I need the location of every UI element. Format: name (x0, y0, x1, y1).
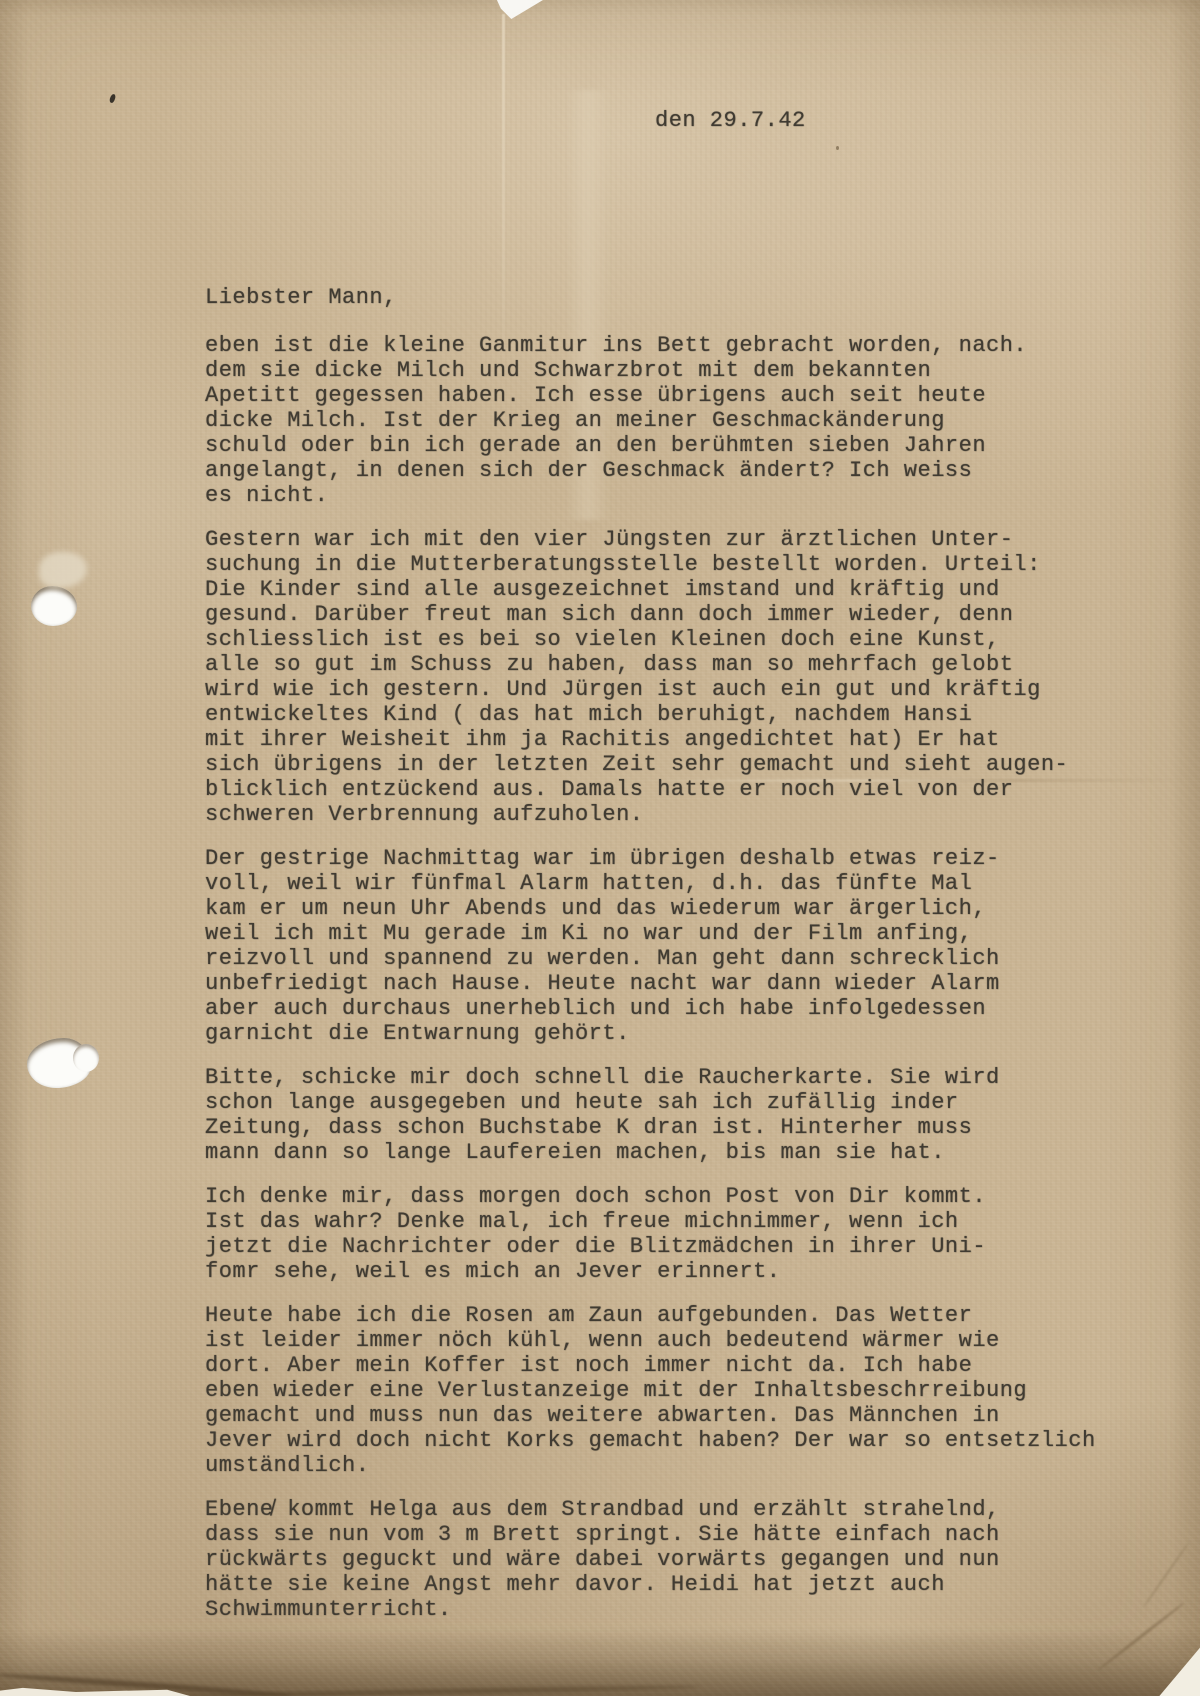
text-line: schliesslich ist es bei so vielen Kleine… (205, 627, 1150, 652)
paragraph: eben ist die kleine Ganmitur ins Bett ge… (205, 333, 1150, 508)
text-line: Ich denke mir, dass morgen doch schon Po… (205, 1184, 1150, 1209)
letter-content: den 29.7.42 Liebster Mann, eben ist die … (0, 0, 1200, 1696)
text-line: Gestern war ich mit den vier Jüngsten zu… (205, 527, 1150, 552)
text-line: angelangt, in denen sich der Geschmack ä… (205, 458, 1150, 483)
paragraph: Bitte, schicke mir doch schnell die Rauc… (205, 1065, 1150, 1165)
text-line: schweren Verbrennung aufzuholen. (205, 802, 1150, 827)
text-line: Heute habe ich die Rosen am Zaun aufgebu… (205, 1303, 1150, 1328)
text-line: gemacht und muss nun das weitere abwarte… (205, 1403, 1150, 1428)
text-line: suchung in die Mutterberatungsstelle bes… (205, 552, 1150, 577)
letter-body: eben ist die kleine Ganmitur ins Bett ge… (205, 333, 1150, 1622)
text-line: dem sie dicke Milch und Schwarzbrot mit … (205, 358, 1150, 383)
paragraph: Heute habe ich die Rosen am Zaun aufgebu… (205, 1303, 1150, 1478)
text-line: es nicht. (205, 483, 1150, 508)
text-line: eben wieder eine Verlustanzeige mit der … (205, 1378, 1150, 1403)
text-line: hätte sie keine Angst mehr davor. Heidi … (205, 1572, 1150, 1597)
text-line: unbefriedigt nach Hause. Heute nacht war… (205, 971, 1150, 996)
text-line: Zeitung, dass schon Buchstabe K dran ist… (205, 1115, 1150, 1140)
text-line: Jever wird doch nicht Korks gemacht habe… (205, 1428, 1150, 1453)
text-line: blicklich entzückend aus. Damals hatte e… (205, 777, 1150, 802)
paragraph: Der gestrige Nachmittag war im übrigen d… (205, 846, 1150, 1046)
text-line: entwickeltes Kind ( das hat mich beruhig… (205, 702, 1150, 727)
paragraph: Ich denke mir, dass morgen doch schon Po… (205, 1184, 1150, 1284)
text-line: Apetitt gegessen haben. Ich esse übrigen… (205, 383, 1150, 408)
text-line: rückwärts geguckt und wäre dabei vorwärt… (205, 1547, 1150, 1572)
text-line: alle so gut im Schuss zu haben, dass man… (205, 652, 1150, 677)
paragraph: Gestern war ich mit den vier Jüngsten zu… (205, 527, 1150, 827)
text-line: eben ist die kleine Ganmitur ins Bett ge… (205, 333, 1150, 358)
text-line: Der gestrige Nachmittag war im übrigen d… (205, 846, 1150, 871)
text-line: reizvoll und spannend zu werden. Man geh… (205, 946, 1150, 971)
text-line: jetzt die Nachrichter oder die Blitzmädc… (205, 1234, 1150, 1259)
text-line: ist leider immer nöch kühl, wenn auch be… (205, 1328, 1150, 1353)
text-line: Bitte, schicke mir doch schnell die Rauc… (205, 1065, 1150, 1090)
text-line: Ist das wahr? Denke mal, ich freue michn… (205, 1209, 1150, 1234)
text-line: weil ich mit Mu gerade im Ki no war und … (205, 921, 1150, 946)
text-line: dass sie nun vom 3 m Brett springt. Sie … (205, 1522, 1150, 1547)
salutation-line: Liebster Mann, (205, 285, 1150, 310)
text-line: mit ihrer Weisheit ihm ja Rachitis anged… (205, 727, 1150, 752)
text-line: dicke Milch. Ist der Krieg an meiner Ges… (205, 408, 1150, 433)
letter-page: den 29.7.42 Liebster Mann, eben ist die … (0, 0, 1200, 1696)
text-line: schuld oder bin ich gerade an den berühm… (205, 433, 1150, 458)
text-line: sich übrigens in der letzten Zeit sehr g… (205, 752, 1150, 777)
text-line: fomr sehe, weil es mich an Jever erinner… (205, 1259, 1150, 1284)
text-line: kam er um neun Uhr Abends und das wieder… (205, 896, 1150, 921)
text-line: gesund. Darüber freut man sich dann doch… (205, 602, 1150, 627)
text-line: Die Kinder sind alle ausgezeichnet imsta… (205, 577, 1150, 602)
text-line: voll, weil wir fünfmal Alarm hatten, d.h… (205, 871, 1150, 896)
text-line: Ebene̸ kommt Helga aus dem Strandbad und… (205, 1497, 1150, 1522)
text-line: mann dann so lange Laufereien machen, bi… (205, 1140, 1150, 1165)
text-line: umständlich. (205, 1453, 1150, 1478)
paragraph: Ebene̸ kommt Helga aus dem Strandbad und… (205, 1497, 1150, 1622)
text-line: schon lange ausgegeben und heute sah ich… (205, 1090, 1150, 1115)
text-line: garnicht die Entwarnung gehört. (205, 1021, 1150, 1046)
text-line: Schwimmunterricht. (205, 1597, 1150, 1622)
text-line: wird wie ich gestern. Und Jürgen ist auc… (205, 677, 1150, 702)
text-line: aber auch durchaus unerheblich und ich h… (205, 996, 1150, 1021)
date-line: den 29.7.42 (655, 108, 1150, 133)
text-line: dort. Aber mein Koffer ist noch immer ni… (205, 1353, 1150, 1378)
